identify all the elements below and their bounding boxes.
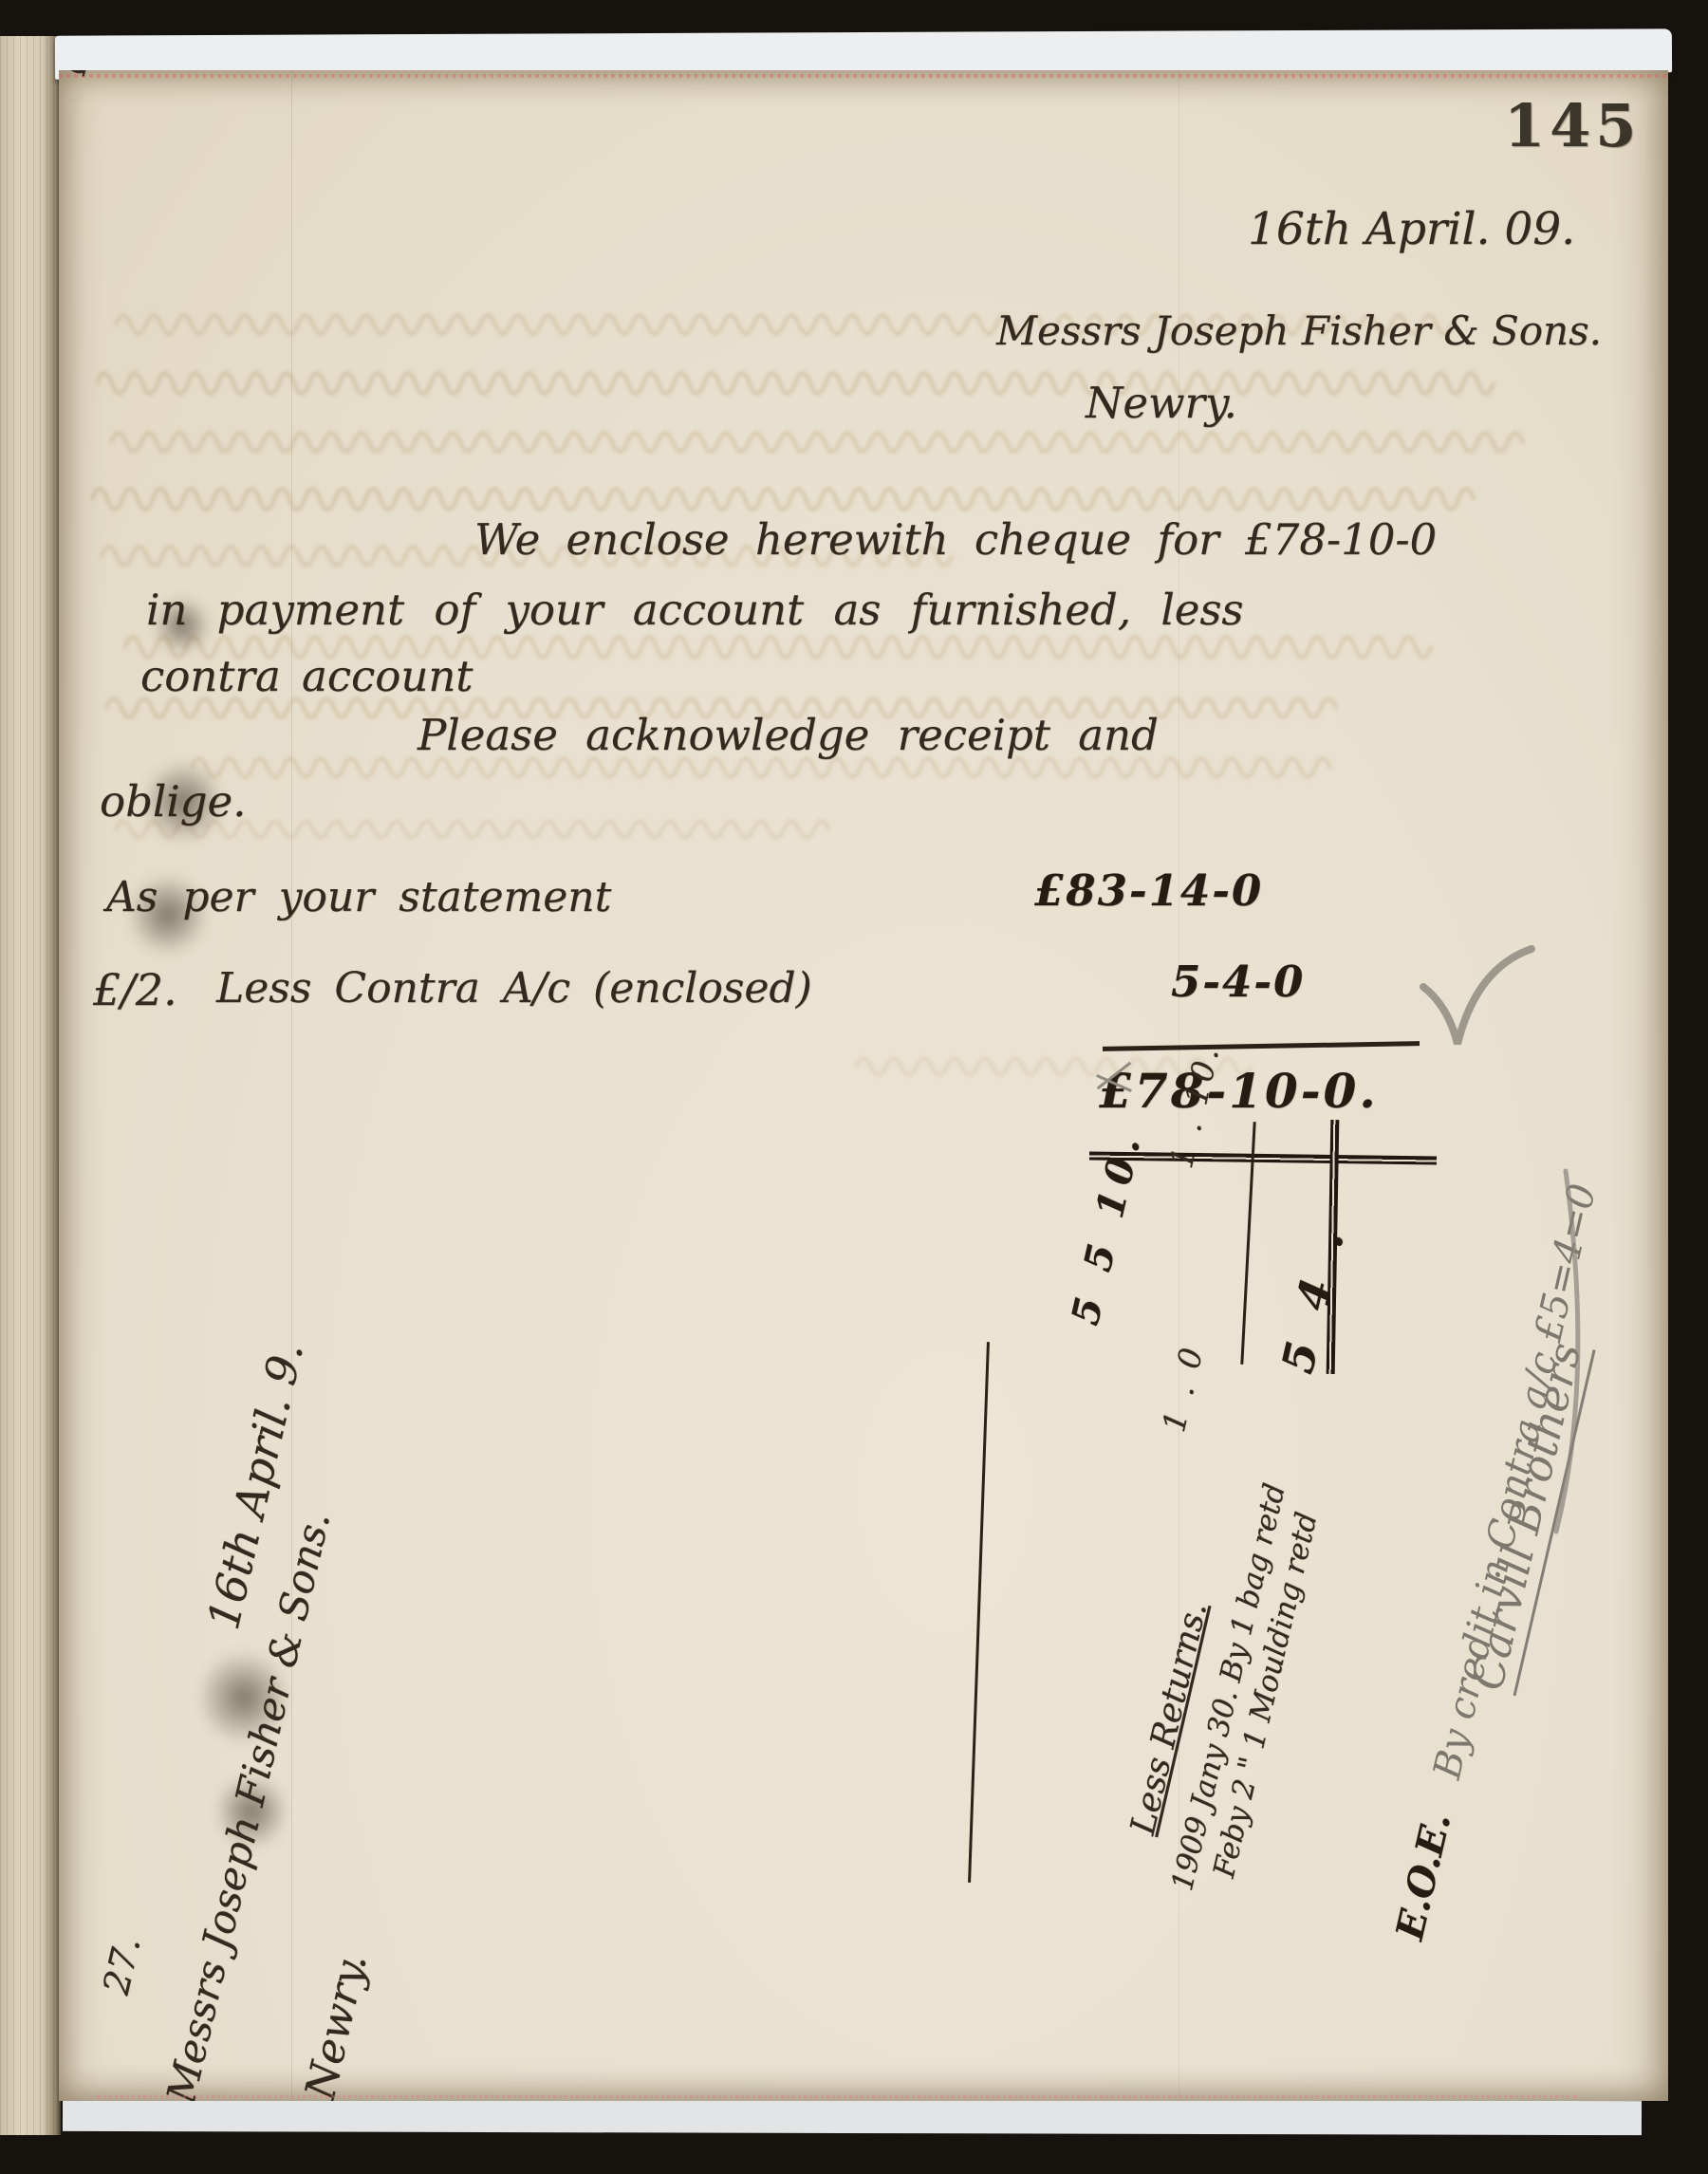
net-amount: £78-10-0.: [1099, 1063, 1379, 1119]
margin-note: £/2.: [93, 964, 177, 1015]
ink-smudge: [125, 875, 211, 955]
letter-recipient-place: Newry.: [1086, 378, 1237, 428]
invoice-total-rule: [968, 1342, 990, 1883]
pencil-check-icon: [1414, 943, 1547, 1067]
folio-number: 145: [1504, 91, 1641, 160]
letter-date: 16th April. 09.: [1248, 203, 1575, 255]
tissue-interleaf-bottom: [63, 2097, 1642, 2135]
statement-amount: £83-14-0: [1034, 865, 1263, 916]
eoe-label: E.O.E.: [1387, 1809, 1459, 1943]
ink-smudge: [152, 598, 213, 653]
invoice-heading-place: Newry.: [296, 1949, 377, 2101]
left-page-stack-edge: [0, 36, 61, 2135]
letter-body-line: in payment of your account as furnished,…: [146, 585, 1244, 635]
invoice-row: Feby 13. do 1 5: [59, 70, 273, 79]
letter-recipient: Messrs Joseph Fisher & Sons.: [996, 307, 1602, 354]
returns-item-amount: 1 . 0: [1155, 1341, 1211, 1436]
paper-crease: [291, 70, 292, 2101]
letterbook-page: 145 16th April. 09. Messrs Joseph Fisher…: [59, 70, 1668, 2101]
sum-rule: [1103, 1041, 1420, 1051]
invoice-date: Feby 13.: [59, 70, 145, 79]
less-contra-label: Less Contra A/c (enclosed): [216, 964, 812, 1013]
pencil-flourish: [1480, 1152, 1594, 1551]
invoice-page-ref: 27.: [95, 1933, 148, 1998]
ink-smudge: [142, 759, 224, 845]
letter-body-line: Please acknowledge receipt and: [418, 710, 1159, 760]
letter-body-line: contra account: [140, 651, 473, 701]
less-contra-amount: 5-4-0: [1171, 957, 1305, 1007]
letter-body-line: We enclose herewith cheque for £78-10-0: [474, 514, 1437, 565]
invoice-goods-total: 5 5 10.: [1063, 1125, 1151, 1329]
invoice-net-total: 5 4 .: [1272, 1217, 1356, 1378]
letterbook-scan: 145 16th April. 09. Messrs Joseph Fisher…: [0, 0, 1708, 2174]
